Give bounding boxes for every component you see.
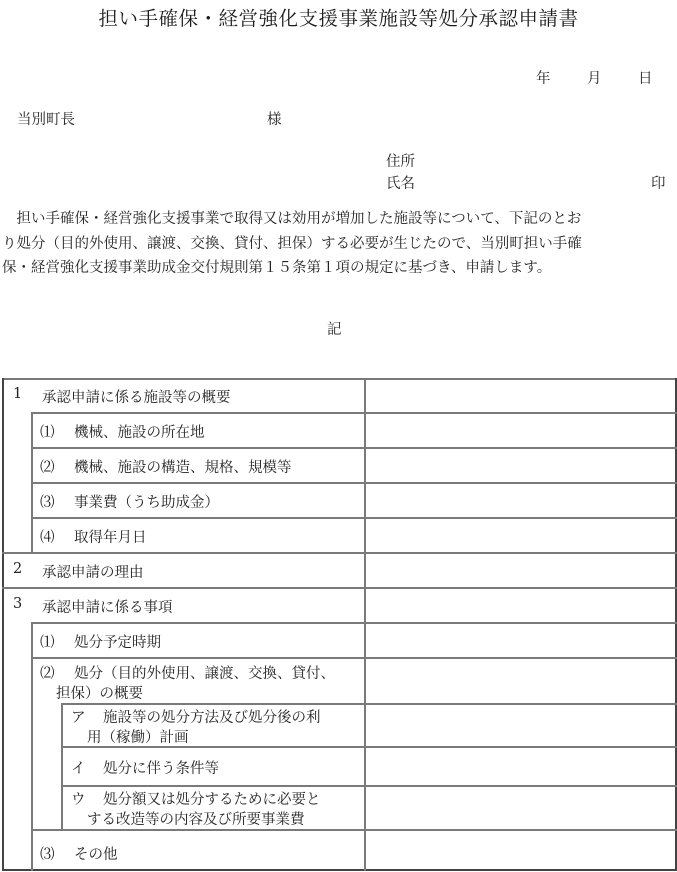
item-label: 機械、施設の所在地 bbox=[74, 421, 205, 442]
subitem-label-cont: 用（稼働）計画 bbox=[87, 726, 189, 747]
item-label: 処分（目的外使用、譲渡、交換、貸付、 bbox=[74, 662, 335, 683]
date-month-label: 月 bbox=[587, 67, 602, 88]
body-line: 保・経営強化支援事業助成金交付規則第１５条第１項の規定に基づき、申請します。 bbox=[2, 256, 675, 281]
subitem-label: 処分に伴う条件等 bbox=[103, 757, 219, 778]
section3-indent-line bbox=[31, 622, 33, 871]
body-line: 担い手確保・経営強化支援事業で取得又は効用が増加した施設等について、下記のとお bbox=[2, 207, 675, 232]
row-divider bbox=[31, 447, 677, 449]
application-body: 担い手確保・経営強化支援事業で取得又は効用が増加した施設等について、下記のとお … bbox=[2, 207, 675, 281]
item-label: 機械、施設の構造、規格、規模等 bbox=[74, 456, 292, 477]
item-number: ⑴ bbox=[40, 631, 55, 652]
item-number: ⑵ bbox=[40, 662, 55, 683]
item-number: ⑶ bbox=[40, 491, 55, 512]
item-number: ⑷ bbox=[40, 526, 55, 547]
ki-heading: 記 bbox=[327, 318, 342, 339]
row-divider bbox=[2, 587, 677, 589]
subitem-kana: イ bbox=[71, 757, 86, 778]
row-divider bbox=[31, 657, 677, 659]
item-label: 処分予定時期 bbox=[74, 631, 161, 652]
item-number: ⑶ bbox=[40, 843, 55, 864]
section2-label: 承認申請の理由 bbox=[42, 561, 144, 582]
subitem-label-cont: する改造等の内容及び所要事業費 bbox=[87, 808, 305, 829]
row-divider bbox=[2, 552, 677, 554]
section1-number: 1 bbox=[13, 386, 22, 402]
row-divider bbox=[31, 829, 677, 831]
document-title: 担い手確保・経営強化支援事業施設等処分承認申請書 bbox=[0, 3, 677, 31]
body-line: り処分（目的外使用、譲渡、交換、貸付、担保）する必要が生じたので、当別町担い手確 bbox=[2, 232, 675, 257]
item-label: 取得年月日 bbox=[74, 526, 147, 547]
row-divider bbox=[61, 703, 677, 705]
row-divider bbox=[31, 517, 677, 519]
date-year-label: 年 bbox=[536, 67, 551, 88]
row-divider bbox=[31, 482, 677, 484]
table-border-top bbox=[2, 378, 677, 380]
date-day-label: 日 bbox=[638, 67, 653, 88]
item-label: その他 bbox=[74, 843, 118, 864]
item-number: ⑴ bbox=[40, 421, 55, 442]
applicant-name-label: 氏名 bbox=[386, 172, 415, 193]
subitem-label: 施設等の処分方法及び処分後の利 bbox=[103, 706, 321, 727]
row-divider bbox=[31, 412, 677, 414]
addressee-honorific: 様 bbox=[267, 108, 282, 129]
subitem-indent-line bbox=[61, 703, 63, 829]
table-border-left bbox=[2, 378, 4, 871]
section1-label: 承認申請に係る施設等の概要 bbox=[42, 386, 231, 407]
section2-number: 2 bbox=[13, 561, 22, 577]
subitem-kana: ア bbox=[71, 706, 86, 727]
item-label-cont: 担保）の概要 bbox=[56, 682, 143, 703]
item-number: ⑵ bbox=[40, 456, 55, 477]
addressee-name: 当別町長 bbox=[17, 108, 75, 129]
table-border-right bbox=[675, 378, 677, 871]
section3-number: 3 bbox=[13, 596, 22, 612]
item-label: 事業費（うち助成金） bbox=[74, 491, 219, 512]
table-border-bottom bbox=[2, 869, 677, 871]
row-divider bbox=[61, 746, 677, 748]
subitem-kana: ウ bbox=[71, 788, 86, 809]
row-divider bbox=[31, 622, 677, 624]
table-value-divider bbox=[364, 378, 366, 871]
row-divider bbox=[61, 785, 677, 787]
applicant-address-label: 住所 bbox=[386, 150, 415, 171]
subitem-label: 処分額又は処分するために必要と bbox=[103, 788, 321, 809]
section3-label: 承認申請に係る事項 bbox=[42, 596, 173, 617]
seal-mark: 印 bbox=[651, 172, 666, 193]
